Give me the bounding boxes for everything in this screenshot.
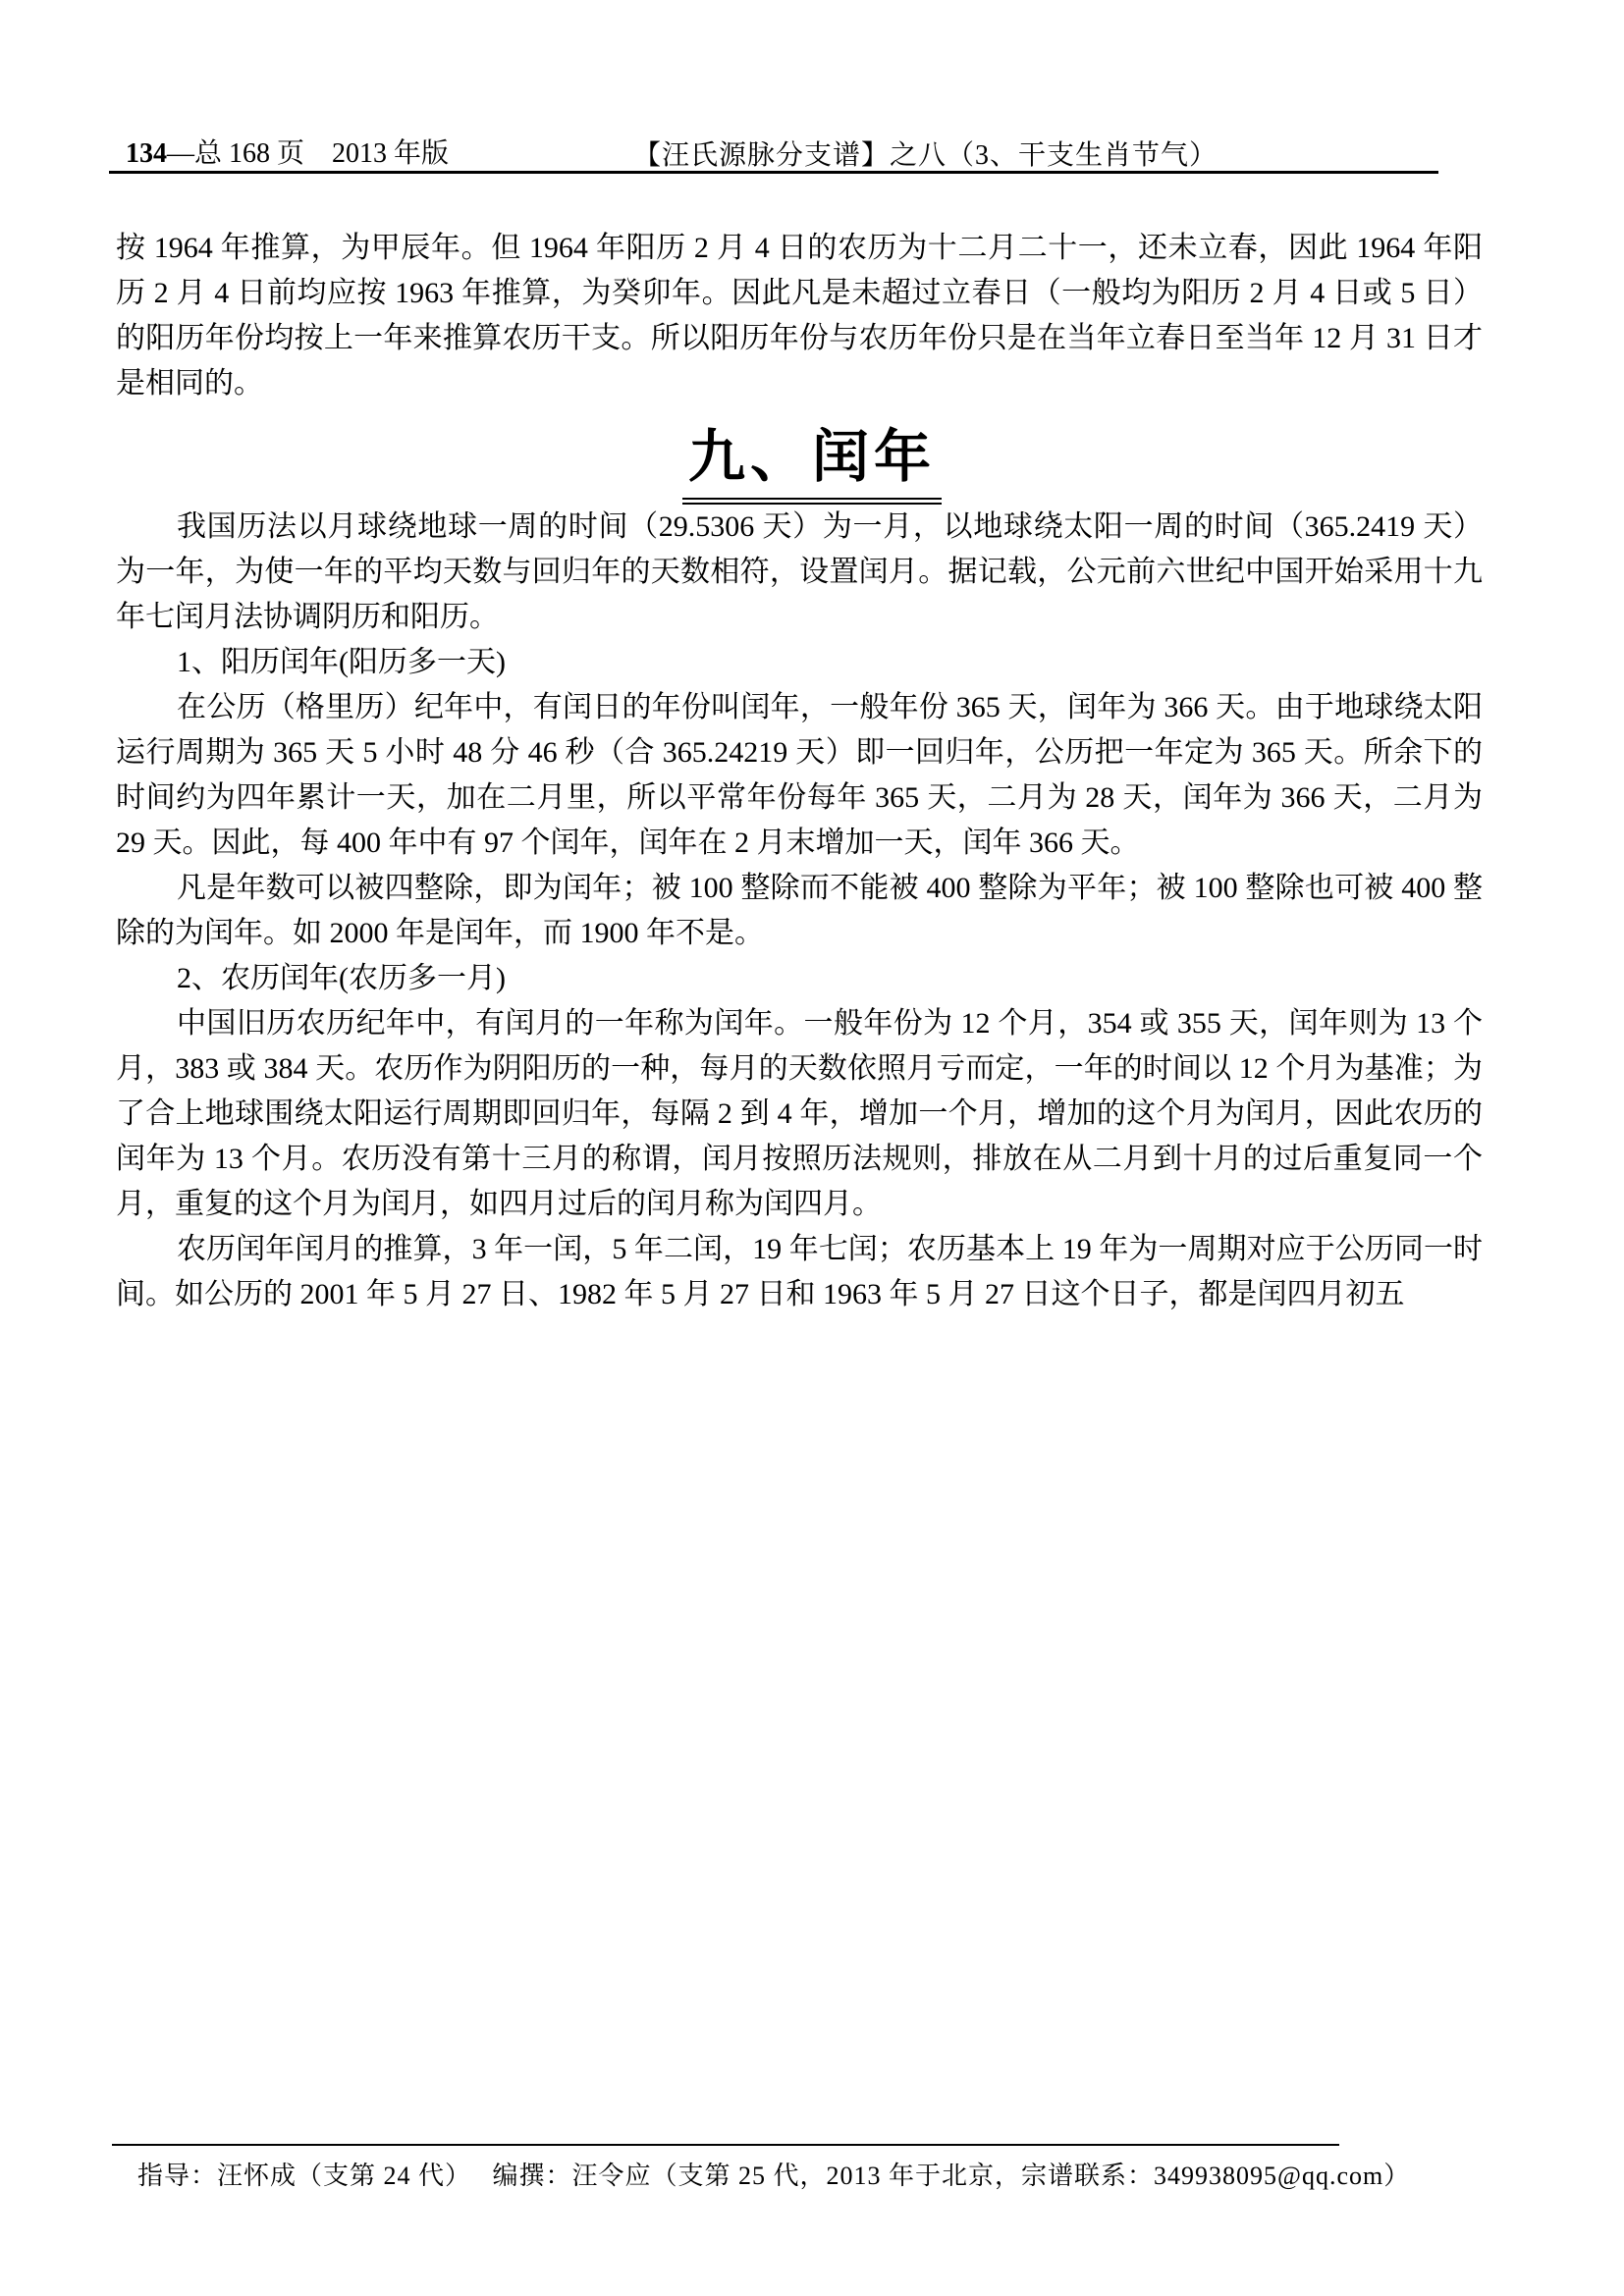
page-meta: —总 168 页 2013 年版 (167, 138, 449, 169)
subheading-solar-leap-year: 1、阳历闰年(阳历多一天) (116, 640, 1483, 685)
paragraph-intro-calendar: 我国历法以月球绕地球一周的时间（29.5306 天）为一月，以地球绕太阳一周的时… (116, 505, 1483, 640)
paragraph-divisibility-rule: 凡是年数可以被四整除，即为闰年；被 100 整除而不能被 400 整除为平年；被… (116, 866, 1483, 956)
page-number: 134 (126, 138, 167, 169)
section-title: 九、闰年 (682, 410, 942, 505)
footer-divider (112, 2144, 1339, 2146)
header-divider (109, 171, 1438, 174)
paragraph-solar-leap-detail: 在公历（格里历）纪年中，有闰日的年份叫闰年，一般年份 365 天，闰年为 366… (116, 685, 1483, 866)
document-page: 134—总 168 页 2013 年版 【汪氏源脉分支谱】之八（3、干支生肖节气… (0, 0, 1624, 2296)
header-page-info: 134—总 168 页 2013 年版 (126, 132, 449, 171)
intro-paragraph: 按 1964 年推算，为甲辰年。但 1964 年阳历 2 月 4 日的农历为十二… (116, 226, 1483, 406)
section-title-row: 九、闰年 (0, 410, 1624, 505)
header-book-title: 【汪氏源脉分支谱】之八（3、干支生肖节气） (633, 133, 1218, 173)
paragraph-lunar-leap-detail: 中国旧历农历纪年中，有闰月的一年称为闰年。一般年份为 12 个月，354 或 3… (116, 1001, 1483, 1227)
paragraph-leap-month-cycle: 农历闰年闰月的推算，3 年一闰，5 年二闰，19 年七闰；农历基本上 19 年为… (116, 1227, 1483, 1317)
body-text-block: 我国历法以月球绕地球一周的时间（29.5306 天）为一月，以地球绕太阳一周的时… (116, 505, 1483, 1317)
subheading-lunar-leap-year: 2、农历闰年(农历多一月) (116, 956, 1483, 1001)
footer-credits: 指导：汪怀成（支第 24 代） 编撰：汪令应（支第 25 代，2013 年于北京… (137, 2156, 1410, 2192)
